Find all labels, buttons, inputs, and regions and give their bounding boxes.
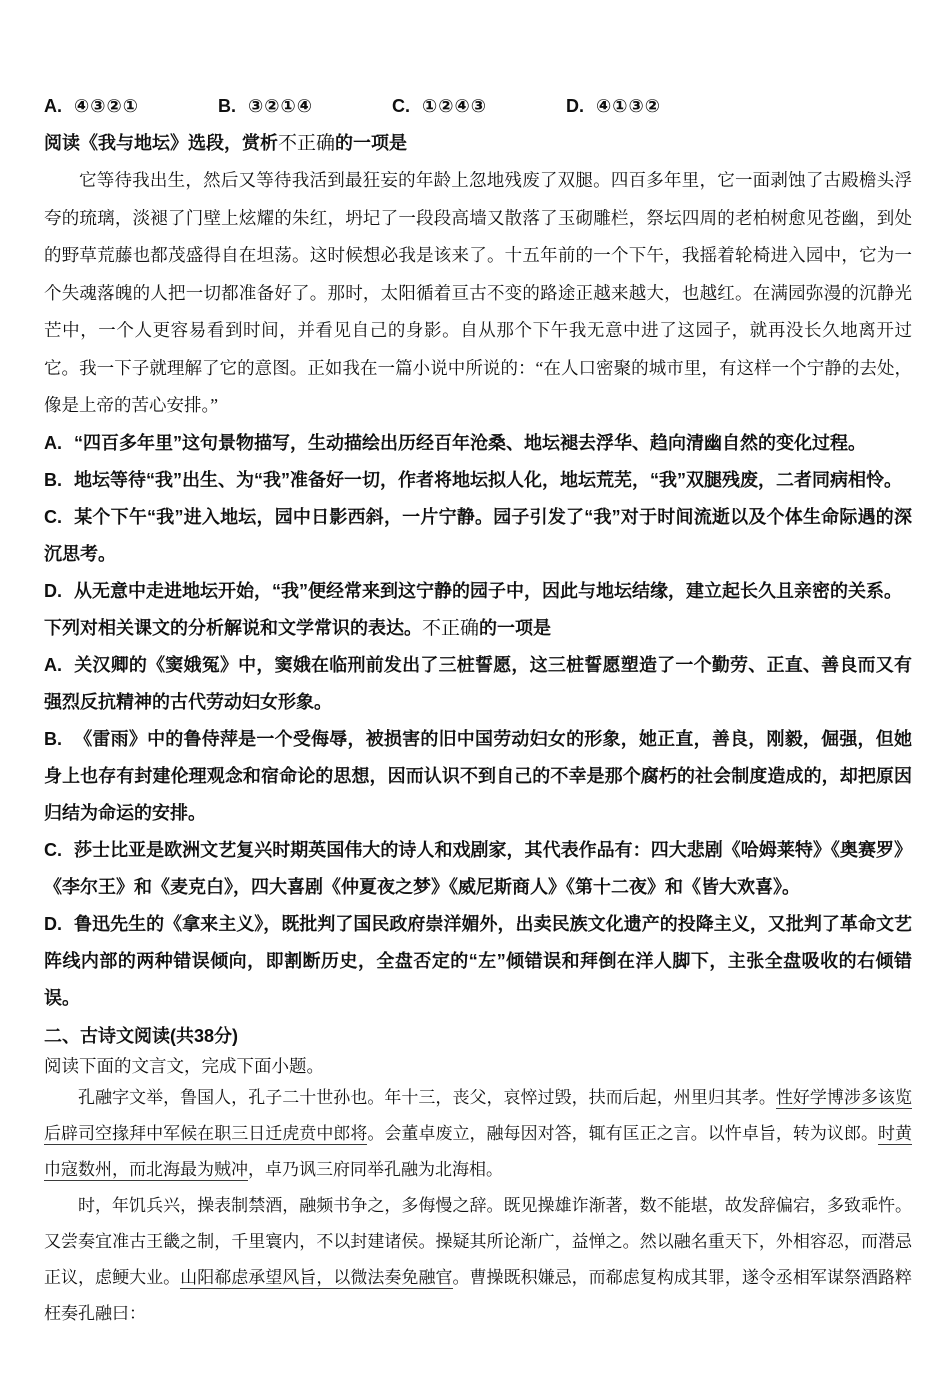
option-value: ④③②①	[74, 96, 139, 116]
option-text: 鲁迅先生的《拿来主义》，既批判了国民政府崇洋媚外，出卖民族文化遗产的投降主义，又…	[44, 914, 912, 1008]
question-stem-literary-knowledge: 下列对相关课文的分析解说和文学常识的表达。不正确的一项是	[44, 610, 912, 647]
option-label: B.	[218, 96, 236, 116]
classical-passage-para-2: 时，年饥兵兴，操表制禁酒，融频书争之，多侮慢之辞。既见操雄诈渐著，数不能堪，故发…	[44, 1188, 912, 1332]
stem-text: 阅读《我与地坛》选段，赏析	[44, 133, 278, 153]
text-segment: ，卓乃讽三府同举孔融为北海相。	[248, 1160, 503, 1179]
option-label: C.	[392, 96, 410, 116]
option-item: B.地坛等待“我”出生、为“我”准备好一切，作者将地坛拟人化，地坛荒芜，“我”双…	[44, 462, 912, 499]
classical-passage-para-1: 孔融字文举，鲁国人，孔子二十世孙也。年十三，丧父，哀悴过毁，扶而后起，州里归其孝…	[44, 1080, 912, 1188]
exam-page: A.④③②① B.③②①④ C.①②④③ D.④①③② 阅读《我与地坛》选段，赏…	[0, 0, 950, 1392]
stem-text: 的一项是	[479, 618, 551, 638]
passage-instruction: 阅读下面的文言文，完成下面小题。	[44, 1053, 912, 1080]
option-label: D.	[44, 581, 62, 601]
text-segment: 孔融字文举，鲁国人，孔子二十世孙也。年十三，丧父，哀悴过毁，扶而后起，州里归其孝…	[78, 1088, 776, 1107]
option-text: 关汉卿的《窦娥冤》中，窦娥在临刑前发出了三桩誓愿，这三桩誓愿塑造了一个勤劳、正直…	[44, 655, 912, 712]
option-d: D.④①③②	[566, 88, 661, 125]
option-text: “四百多年里”这句景物描写，生动描绘出历经百年沧桑、地坛褪去浮华、趋向清幽自然的…	[74, 433, 866, 453]
option-text: 地坛等待“我”出生、为“我”准备好一切，作者将地坛拟人化，地坛荒芜，“我”双腿残…	[74, 470, 902, 490]
option-item: D.从无意中走进地坛开始，“我”便经常来到这宁静的园子中，因此与地坛结缘，建立起…	[44, 573, 912, 610]
option-value: ①②④③	[422, 96, 487, 116]
question-stem-woyuditan: 阅读《我与地坛》选段，赏析不正确的一项是	[44, 125, 912, 162]
option-a: A.④③②①	[44, 88, 213, 125]
stem-text: 的一项是	[335, 133, 407, 153]
section-heading: 二、古诗文阅读(共38分)	[44, 1020, 912, 1053]
option-label: A.	[44, 96, 62, 116]
option-text: 从无意中走进地坛开始，“我”便经常来到这宁静的园子中，因此与地坛结缘，建立起长久…	[74, 581, 902, 601]
option-item: A.关汉卿的《窦娥冤》中，窦娥在临刑前发出了三桩誓愿，这三桩誓愿塑造了一个勤劳、…	[44, 647, 912, 721]
option-label: A.	[44, 655, 62, 675]
stem-emphasis: 不正确	[278, 133, 335, 154]
option-text: 某个下午“我”进入地坛，园中日影西斜，一片宁静。园子引发了“我”对于时间流逝以及…	[44, 507, 912, 564]
option-text: 莎士比亚是欧洲文艺复兴时期英国伟大的诗人和戏剧家，其代表作品有：四大悲剧《哈姆莱…	[44, 840, 912, 897]
option-label: D.	[566, 96, 584, 116]
option-item: B.《雷雨》中的鲁侍萍是一个受侮辱，被损害的旧中国劳动妇女的形象，她正直，善良，…	[44, 721, 912, 832]
passage-wo-yu-ditan: 它等待我出生，然后又等待我活到最狂妄的年龄上忽地残废了双腿。四百多年里，它一面剥…	[44, 162, 912, 425]
option-item: C.莎士比亚是欧洲文艺复兴时期英国伟大的诗人和戏剧家，其代表作品有：四大悲剧《哈…	[44, 832, 912, 906]
option-c: C.①②④③	[392, 88, 561, 125]
mc-answer-options-row: A.④③②① B.③②①④ C.①②④③ D.④①③②	[44, 88, 912, 125]
option-item: C.某个下午“我”进入地坛，园中日影西斜，一片宁静。园子引发了“我”对于时间流逝…	[44, 499, 912, 573]
option-value: ④①③②	[596, 96, 661, 116]
option-b: B.③②①④	[218, 88, 387, 125]
text-segment: 。会董卓废立，融每因对答，辄有匡正之言。以忤卓旨，转为议郎。	[367, 1124, 878, 1143]
option-text: 《雷雨》中的鲁侍萍是一个受侮辱，被损害的旧中国劳动妇女的形象，她正直，善良，刚毅…	[44, 729, 912, 823]
underlined-segment: 山阳郗虑承望风旨，以微法奏免融官	[180, 1268, 452, 1289]
stem-text: 下列对相关课文的分析解说和文学常识的表达。	[44, 618, 422, 638]
stem-emphasis: 不正确	[422, 618, 479, 639]
option-label: B.	[44, 470, 62, 490]
option-item: A.“四百多年里”这句景物描写，生动描绘出历经百年沧桑、地坛褪去浮华、趋向清幽自…	[44, 425, 912, 462]
option-label: C.	[44, 507, 62, 527]
option-label: A.	[44, 433, 62, 453]
option-label: C.	[44, 840, 62, 860]
option-label: B.	[44, 729, 62, 749]
option-value: ③②①④	[248, 96, 313, 116]
option-item: D.鲁迅先生的《拿来主义》，既批判了国民政府崇洋媚外，出卖民族文化遗产的投降主义…	[44, 906, 912, 1017]
option-label: D.	[44, 914, 62, 934]
